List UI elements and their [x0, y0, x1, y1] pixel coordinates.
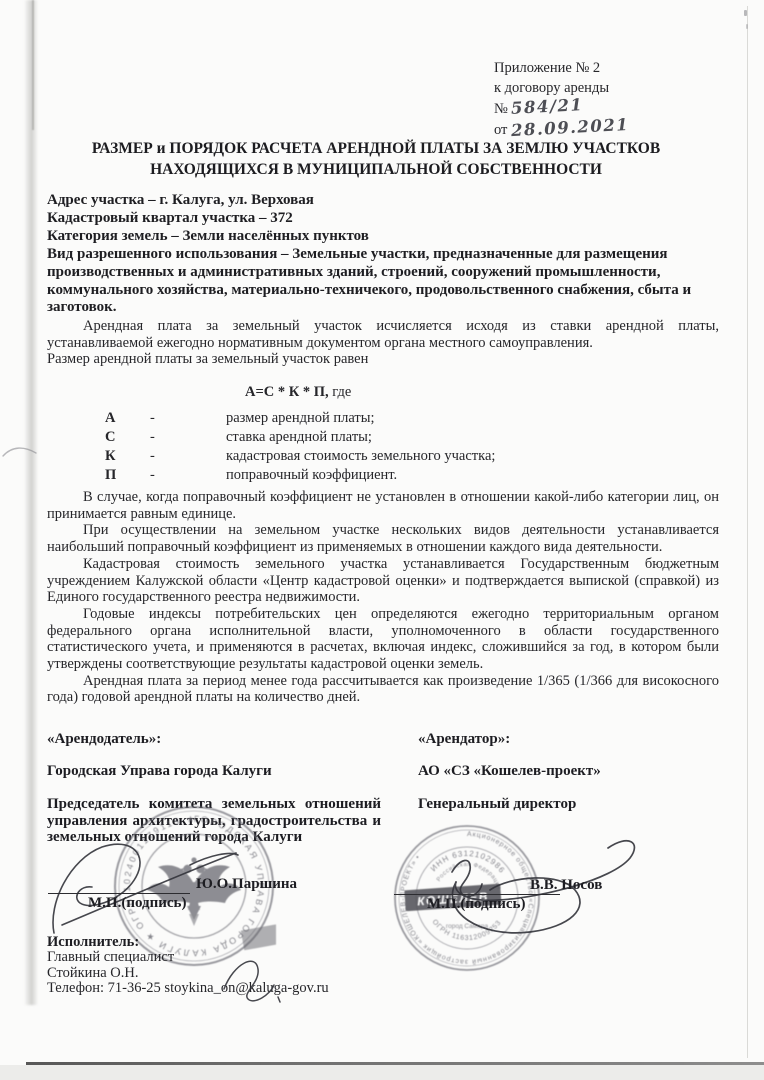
landlord-organization: Городская Управа города Калуги: [47, 763, 272, 780]
definition-meaning: поправочный коэффициент.: [226, 466, 495, 485]
plot-address: Адрес участка – г. Калуга, ул. Верховая: [47, 192, 723, 210]
document-title-line2: НАХОДЯЩИХСЯ В МУНИЦИПАЛЬНОЙ СОБСТВЕННОСТ…: [0, 160, 752, 181]
body-paragraph: При осуществлении на земельном участке н…: [47, 522, 719, 555]
handwritten-contract-number: 584/21: [511, 95, 584, 119]
plot-land-category: Категория земель – Земли населённых пунк…: [47, 228, 723, 246]
landlord-label: «Арендодатель»:: [47, 731, 161, 748]
tenant-seal-note: М.П.(подпись): [427, 896, 526, 913]
definition-dash: -: [150, 409, 226, 428]
body-paragraph: Кадастровая стоимость земельного участка…: [47, 556, 719, 606]
scan-speck: [744, 10, 747, 16]
plot-permitted-use: Вид разрешенного использования – Земельн…: [47, 246, 723, 318]
definition-row: К - кадастровая стоимость земельного уча…: [105, 447, 495, 466]
scan-edge-line-left: [32, 0, 34, 130]
body-paragraph: Годовые индексы потребительских цен опре…: [47, 606, 719, 673]
definition-meaning: ставка арендной платы;: [226, 428, 495, 447]
document-title: РАЗМЕР и ПОРЯДОК РАСЧЕТА АРЕНДНОЙ ПЛАТЫ …: [0, 139, 752, 180]
intro-paragraph: Арендная плата за земельный участок исчи…: [47, 318, 719, 351]
intro-paragraph: Размер арендной платы за земельный участ…: [47, 351, 719, 368]
definition-row: П - поправочный коэффициент.: [105, 466, 495, 485]
date-prefix: от: [494, 122, 507, 138]
tenant-organization: АО «СЗ «Кошелев-проект»: [418, 763, 601, 780]
body-paragraph: Арендная плата за период менее года расс…: [47, 673, 719, 706]
definition-dash: -: [150, 447, 226, 466]
scan-speck: [746, 24, 748, 29]
definition-row: А - размер арендной платы;: [105, 409, 495, 428]
executor-signature-ink: [212, 945, 297, 1007]
number-sign: №: [494, 101, 508, 117]
body-paragraphs: В случае, когда поправочный коэффициент …: [47, 489, 719, 706]
scanner-background: [0, 1065, 764, 1080]
definition-dash: -: [150, 466, 226, 485]
document-title-line1: РАЗМЕР и ПОРЯДОК РАСЧЕТА АРЕНДНОЙ ПЛАТЫ …: [0, 139, 752, 160]
plot-cadastral-quarter: Кадастровый квартал участка – 372: [47, 210, 723, 228]
body-paragraph: В случае, когда поправочный коэффициент …: [47, 489, 719, 522]
appendix-header: Приложение № 2 к договору аренды № 584/2…: [494, 58, 629, 140]
definition-symbol: П: [105, 466, 150, 485]
definition-symbol: С: [105, 428, 150, 447]
appendix-line: Приложение № 2: [494, 58, 629, 78]
stray-pen-mark: [0, 436, 40, 466]
definition-meaning: кадастровая стоимость земельного участка…: [226, 447, 495, 466]
plot-info-block: Адрес участка – г. Калуга, ул. Верховая …: [47, 192, 723, 317]
definition-symbol: К: [105, 447, 150, 466]
landlord-seal-note: М.П.(подпись): [88, 895, 187, 912]
tenant-position: Генеральный директор: [418, 796, 576, 813]
tenant-signer-name: В.В. Носов: [530, 877, 602, 894]
definition-meaning: размер арендной платы;: [226, 409, 495, 428]
handwritten-contract-date: 28.09.2021: [511, 115, 630, 141]
rent-formula: А=С * К * П, где: [245, 384, 351, 401]
tenant-label: «Арендатор»:: [418, 731, 510, 748]
formula-suffix: где: [329, 384, 352, 400]
landlord-signer-name: Ю.О.Паршина: [196, 876, 297, 893]
contract-date-line: от 28.09.2021: [494, 119, 629, 140]
formula-definitions: А - размер арендной платы; С - ставка ар…: [105, 409, 495, 485]
intro-block: Арендная плата за земельный участок исчи…: [47, 318, 719, 368]
formula-expression: А=С * К * П,: [245, 384, 329, 400]
contract-line: к договору аренды: [494, 78, 629, 98]
scanned-document-page: Приложение № 2 к договору аренды № 584/2…: [0, 0, 764, 1080]
definition-row: С - ставка арендной платы;: [105, 428, 495, 447]
definition-dash: -: [150, 428, 226, 447]
definition-symbol: А: [105, 409, 150, 428]
